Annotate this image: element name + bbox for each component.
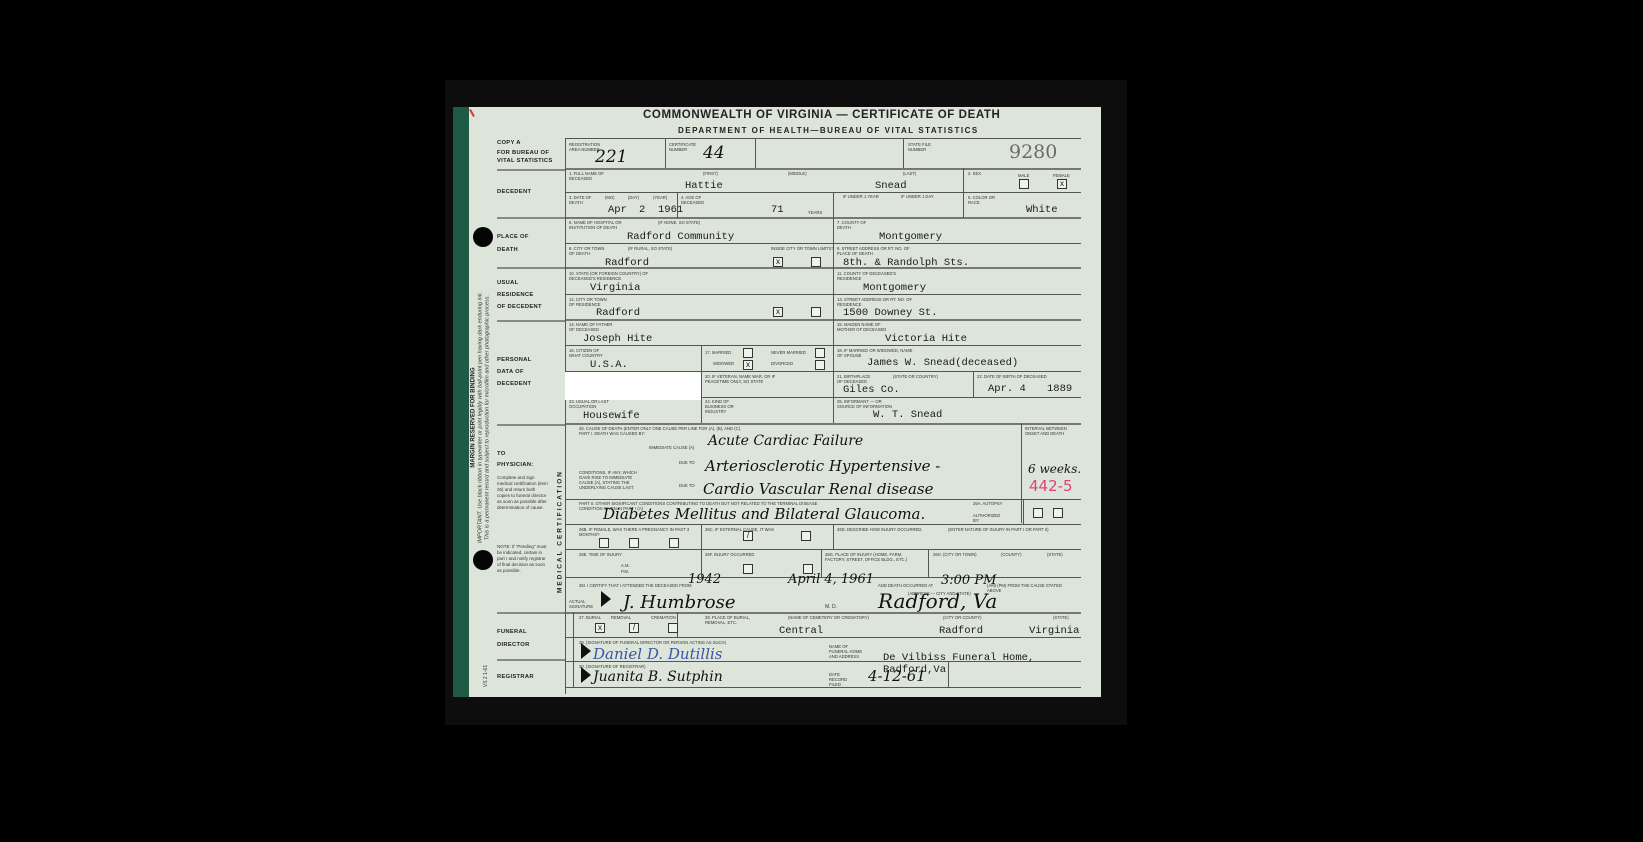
reg-area-value: 221 xyxy=(595,147,627,167)
section-residence-3: OF DECEDENT xyxy=(497,302,542,313)
label-never-married: NEVER MARRIED xyxy=(771,350,806,355)
married-checkbox[interactable] xyxy=(743,348,753,358)
label-married: 17. MARRIED xyxy=(705,350,731,355)
burial-city-value: Radford xyxy=(939,625,983,637)
label-pm: P.M. xyxy=(621,569,629,574)
race-value: White xyxy=(1026,204,1058,216)
physician-signature[interactable]: J. Humbrose xyxy=(623,592,735,613)
separator xyxy=(497,267,565,269)
section-decedent: DECEDENT xyxy=(497,187,531,198)
label-male: male xyxy=(1018,173,1029,178)
section-residence: USUAL xyxy=(497,278,518,289)
external-contributing-checkbox[interactable] xyxy=(801,531,811,541)
cause-a-value: Acute Cardiac Failure xyxy=(708,433,863,449)
medical-certification-text: MEDICAL CERTIFICATION xyxy=(557,452,564,612)
first-name-value: Hattie xyxy=(685,180,723,192)
citizen-value: U.S.A. xyxy=(590,359,628,371)
while-at-work-checkbox[interactable] xyxy=(743,564,753,574)
medical-certification-label: MEDICAL CERTIFICATION xyxy=(552,452,562,612)
label-interval: INTERVAL BETWEEN ONSET AND DEATH xyxy=(1025,426,1075,436)
label-first: (first) xyxy=(703,171,718,176)
punch-hole-bottom xyxy=(473,550,493,570)
funeral-director-signature[interactable]: Daniel D. Dutillis xyxy=(593,645,723,663)
label-day: (day) xyxy=(628,195,639,200)
pending-note: NOTE: If "Pending" must be indicated, ce… xyxy=(497,544,549,574)
label-actual-signature: ACTUAL SIGNATURE xyxy=(569,599,599,609)
label-am-pm: (AM) (PM) from the cause stated above xyxy=(987,583,1077,593)
label-state-country: (state or country) xyxy=(893,374,938,379)
label-date-of-death: 3. DATE OF DEATH xyxy=(569,195,599,205)
pregnancy-no-checkbox[interactable] xyxy=(629,538,639,548)
label-due-to-b: DUE TO xyxy=(679,460,695,465)
binding-strip xyxy=(453,107,469,697)
inside-limits-no-checkbox[interactable] xyxy=(811,257,821,267)
section-place-of-death: PLACE OF xyxy=(497,232,529,243)
pregnancy-yes-checkbox[interactable] xyxy=(599,538,609,548)
punch-hole-top xyxy=(473,227,493,247)
section-funeral: FUNERAL xyxy=(497,627,527,638)
certificate-subtitle: DEPARTMENT OF HEALTH—BUREAU OF VITAL STA… xyxy=(678,126,979,135)
date-filed-value: 4-12-61 xyxy=(868,667,926,685)
birthplace-value: Giles Co. xyxy=(843,384,900,396)
burial-checkbox[interactable]: x xyxy=(595,623,605,633)
cause-c-value: Cardio Vascular Renal disease xyxy=(703,480,933,498)
label-mo: (mo) xyxy=(605,195,615,200)
sex-male-checkbox[interactable] xyxy=(1019,179,1029,189)
label-cremation: CREMATION xyxy=(651,615,676,620)
label-burial: 27. BURIAL xyxy=(579,615,601,620)
label-sex: 2. SEX xyxy=(968,171,981,176)
state-file-value: 9280 xyxy=(1009,141,1057,163)
dob-year-value: 1889 xyxy=(1047,383,1072,395)
pregnancy-unknown-checkbox[interactable] xyxy=(669,538,679,548)
label-under-1-year: IF UNDER 1 YEAR xyxy=(843,194,879,199)
margin-note: IMPORTANT. Use black ribbon in typewrite… xyxy=(478,292,491,543)
death-month-value: Apr xyxy=(608,204,627,216)
form-version: VS 2 1-61 xyxy=(483,665,489,687)
label-female: female xyxy=(1053,173,1070,178)
label-autopsy: 26a. AUTOPSY xyxy=(973,501,1002,506)
label-city-county: (city or county) xyxy=(943,615,982,620)
label-dob: 22. DATE OF BIRTH OF DECEASED xyxy=(977,374,1057,379)
label-mother: 15. MAIDEN NAME OF MOTHER OF DECEASED xyxy=(837,322,897,332)
label-pregnancy: 26b. IF FEMALE, WAS THERE A PREGNANCY IN… xyxy=(579,527,694,537)
section-funeral-2: DIRECTOR xyxy=(497,640,530,651)
label-county: (county) xyxy=(1001,552,1021,557)
autopsy-no-checkbox[interactable] xyxy=(1053,508,1063,518)
label-immediate-cause: IMMEDIATE CAUSE (A) xyxy=(649,445,694,450)
label-city-death: 8. CITY OR TOWN OF DEATH xyxy=(569,246,609,256)
label-middle: (middle) xyxy=(788,171,807,176)
inside-limits-yes-checkbox[interactable]: x xyxy=(773,257,783,267)
part-2-value: Diabetes Mellitus and Bilateral Glaucoma… xyxy=(603,505,925,523)
widowed-checkbox[interactable]: x xyxy=(743,360,753,370)
label-street-residence: 13. STREET ADDRESS OR RT. NO. OF RESIDEN… xyxy=(837,297,917,307)
last-name-value: Snead xyxy=(875,180,907,192)
section-physician: TO xyxy=(497,449,506,460)
label-age: 4. AGE OF DECEASED xyxy=(681,195,716,205)
label-county-residence: 11. COUNTY OF DECEASED'S RESIDENCE xyxy=(837,271,907,281)
label-business: 24. KIND OF BUSINESS OR INDUSTRY xyxy=(705,399,745,414)
label-time-injury: 26e. TIME OF INJURY xyxy=(579,552,622,557)
label-part-1: PART I. DEATH WAS CAUSED BY: xyxy=(579,431,645,436)
label-if-rural: (If rural, so state) xyxy=(628,246,672,251)
copy-label: COPY A xyxy=(497,138,521,149)
burial-state-value: Virginia xyxy=(1029,625,1079,637)
never-married-checkbox[interactable] xyxy=(815,348,825,358)
label-hospital: 6. NAME OF HOSPITAL OR INSTITUTION OF DE… xyxy=(569,220,649,230)
copy-for-label: FOR BUREAU OF VITAL STATISTICS xyxy=(497,149,557,165)
external-primary-checkbox[interactable]: / xyxy=(743,531,753,541)
burial-place-value: Central xyxy=(779,625,823,637)
sign-here-arrow-icon xyxy=(581,643,591,659)
label-md: M. D. xyxy=(825,605,837,610)
label-street-death: 9. STREET ADDRESS OR RT. NO. OF PLACE OF… xyxy=(837,246,917,256)
spouse-value: James W. Snead(deceased) xyxy=(867,357,1018,369)
autopsy-yes-checkbox[interactable] xyxy=(1033,508,1043,518)
label-under-1-day: IF UNDER 1 DAY xyxy=(901,194,934,199)
label-informant: 25. INFORMANT — OR SOURCE OF INFORMATION xyxy=(837,399,897,409)
label-year: (year) xyxy=(653,195,667,200)
label-due-to-c: DUE TO xyxy=(679,483,695,488)
label-birthplace: 21. BIRTHPLACE OF DECEASED xyxy=(837,374,877,384)
label-state-file: STATE FILE NUMBER xyxy=(908,142,943,152)
label-widowed: WIDOWED xyxy=(713,361,734,366)
interval-value: 6 weeks. xyxy=(1028,462,1081,476)
label-date-filed: DATE RECORD FILED xyxy=(829,672,859,687)
label-certify: 26i. I CERTIFY that I attended the decea… xyxy=(579,583,692,588)
physician-note: Complete and sign medical certification … xyxy=(497,475,549,511)
city-death-value: Radford xyxy=(605,257,649,269)
label-city-town: 26h. (city or town) xyxy=(933,552,977,557)
label-veteran: 20. IF VETERAN, name war, or if peacetim… xyxy=(705,374,785,384)
city-residence-value: Radford xyxy=(596,307,640,319)
dob-month-day-value: Apr. 4 xyxy=(988,383,1026,395)
label-citizen: 16. CITIZEN OF WHAT COUNTRY xyxy=(569,348,609,358)
label-removal: REMOVAL xyxy=(611,615,631,620)
label-death-occurred: and death occurred at xyxy=(878,583,933,588)
sign-here-arrow-icon xyxy=(581,667,591,683)
label-place-injury: 26g. PLACE OF INJURY (home, farm, factor… xyxy=(825,552,915,562)
divorced-checkbox[interactable] xyxy=(815,360,825,370)
label-last: (last) xyxy=(903,171,916,176)
res-inside-limits-no-checkbox[interactable] xyxy=(811,307,821,317)
label-county-death: 7. COUNTY OF DEATH xyxy=(837,220,867,230)
certificate-title: COMMONWEALTH OF VIRGINIA — CERTIFICATE O… xyxy=(643,109,1000,121)
father-value: Joseph Hite xyxy=(583,333,652,345)
county-death-value: Montgomery xyxy=(879,231,942,243)
label-burial-state: (state) xyxy=(1053,615,1069,620)
mother-value: Victoria Hite xyxy=(885,333,967,345)
sex-female-checkbox[interactable]: x xyxy=(1057,179,1067,189)
informant-value: W. T. Snead xyxy=(873,409,942,421)
label-injury-occurred: 26f. INJURY OCCURRED xyxy=(705,552,754,557)
hospital-value: Radford Community xyxy=(627,231,734,243)
separator xyxy=(497,320,565,322)
binding-margin: MARGIN RESERVED FOR BINDINGIMPORTANT. Us… xyxy=(469,287,493,547)
street-death-value: 8th. & Randolph Sts. xyxy=(843,257,969,269)
separator xyxy=(497,169,565,171)
label-inside-limits: inside city or town limits? xyxy=(771,246,834,251)
removal-checkbox[interactable]: / xyxy=(629,623,639,633)
separator xyxy=(497,424,565,426)
cert-number-value: 44 xyxy=(703,143,725,163)
margin-title: MARGIN RESERVED FOR BINDING xyxy=(471,367,477,467)
section-physician-2: PHYSICIAN: xyxy=(497,460,534,471)
label-color: 5. COLOR OR RACE xyxy=(968,195,998,205)
redacted-region xyxy=(565,372,701,400)
section-personal: PERSONAL xyxy=(497,355,532,366)
label-place-burial: 28. PLACE OF BURIAL, REMOVAL, ETC. xyxy=(705,615,755,625)
occupation-value: Housewife xyxy=(583,410,640,422)
red-mark xyxy=(469,109,475,117)
section-residence-2: RESIDENCE xyxy=(497,290,534,301)
section-place-of-death-2: DEATH xyxy=(497,245,518,256)
label-if-none: (If none, so state) xyxy=(658,220,700,225)
label-state: (state) xyxy=(1047,552,1063,557)
label-years: years xyxy=(808,210,822,215)
separator xyxy=(497,217,565,219)
death-year-value: 1961 xyxy=(658,204,683,216)
separator xyxy=(497,659,565,661)
sign-here-arrow-icon xyxy=(601,591,611,607)
label-conditions: Conditions, if any, which gave rise to i… xyxy=(579,470,639,490)
physician-address-value: Radford, Va xyxy=(878,589,997,613)
separator xyxy=(497,612,565,614)
attended-from-value: 1942 xyxy=(688,572,721,587)
registrar-signature[interactable]: Juanita B. Sutphin xyxy=(593,669,723,685)
attended-to-value: April 4, 1961 xyxy=(788,572,874,587)
label-enter-nature: (enter nature of injury in part I or par… xyxy=(948,527,1049,532)
cause-code: 442-5 xyxy=(1029,477,1073,495)
label-cemetery: (name of cemetery or crematory) xyxy=(788,615,869,620)
label-describe-injury: 26d. DESCRIBE HOW INJURY OCCURRED. xyxy=(837,527,922,532)
cremation-checkbox[interactable] xyxy=(668,623,678,633)
age-value: 71 xyxy=(771,204,784,216)
label-city-residence: 12. CITY OR TOWN OF RESIDENCE xyxy=(569,297,609,307)
death-day-value: 2 xyxy=(639,204,645,216)
label-am: A.M. xyxy=(621,563,630,568)
section-personal-3: DECEDENT xyxy=(497,379,531,390)
label-authorized-by: AUTHORIZED BY: xyxy=(973,513,1003,523)
cause-b-value: Arteriosclerotic Hypertensive - xyxy=(705,457,940,475)
label-divorced: DIVORCED xyxy=(771,361,793,366)
section-registrar: REGISTRAR xyxy=(497,672,534,683)
death-certificate: MARGIN RESERVED FOR BINDINGIMPORTANT. Us… xyxy=(453,107,1101,697)
label-funeral-home: NAME OF FUNERAL HOME AND ADDRESS xyxy=(829,644,867,659)
label-full-name: 1. FULL NAME OF DECEASED xyxy=(569,171,619,181)
label-occupation: 23. USUAL OR LAST OCCUPATION xyxy=(569,399,609,409)
res-inside-limits-yes-checkbox[interactable]: x xyxy=(773,307,783,317)
county-residence-value: Montgomery xyxy=(863,282,926,294)
label-father: 14. NAME OF FATHER OF DECEASED xyxy=(569,322,619,332)
street-residence-value: 1500 Downey St. xyxy=(843,307,938,319)
state-residence-value: Virginia xyxy=(590,282,640,294)
section-personal-2: DATA OF xyxy=(497,367,524,378)
label-state-residence: 10. STATE (OR FOREIGN COUNTRY) OF DECEAS… xyxy=(569,271,669,281)
